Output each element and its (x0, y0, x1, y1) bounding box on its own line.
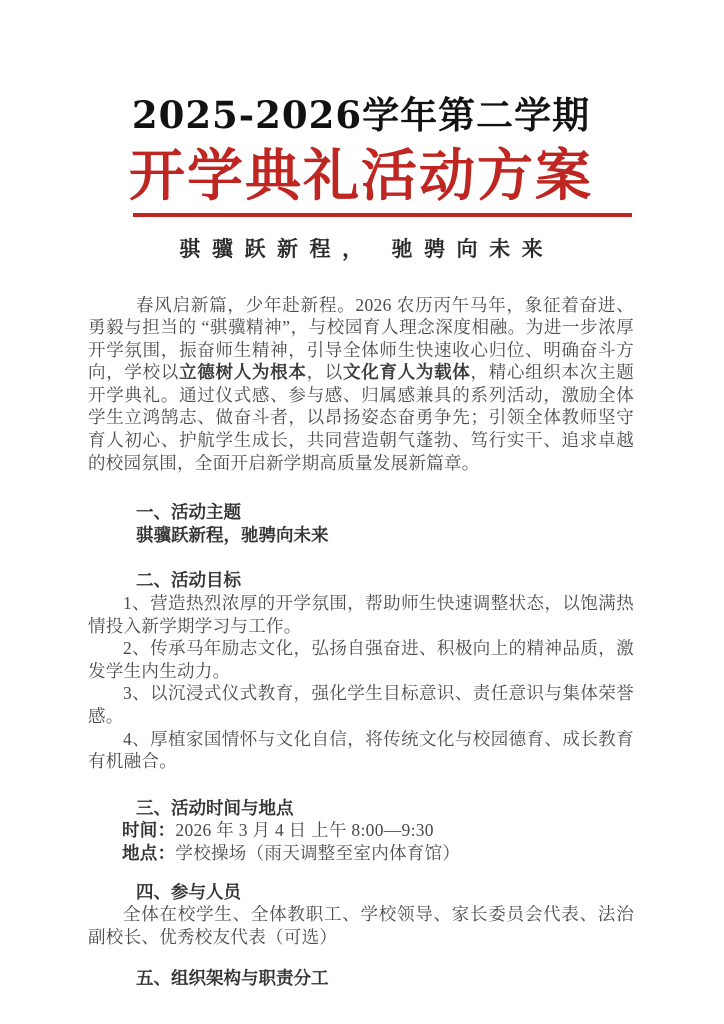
place-label: 地点： (122, 843, 175, 863)
time-label: 时间： (122, 820, 175, 840)
main-title: 开学典礼活动方案 (88, 147, 634, 205)
objective-item: 1、营造热烈浓厚的开学氛围，帮助师生快速调整状态，以饱满热情投入新学期学习与工作… (88, 592, 634, 637)
section-heading-time-place: 三、活动时间与地点 (88, 797, 634, 820)
time-value: 2026 年 3 月 4 日 上午 8:00—9:30 (175, 820, 433, 840)
place-line: 地点：学校操场（雨天调整至室内体育馆） (88, 842, 634, 865)
objective-item: 4、厚植家国情怀与文化自信，将传统文化与校园德育、成长教育有机融合。 (88, 728, 634, 773)
participants-text: 全体在校学生、全体教职工、学校领导、家长委员会代表、法治副校长、优秀校友代表（可… (88, 903, 634, 948)
time-line: 时间：2026 年 3 月 4 日 上午 8:00—9:30 (88, 819, 634, 842)
title-underline-rule (133, 213, 632, 217)
slogan-subtitle: 骐骥跃新程， 驰骋向未来 (88, 236, 634, 262)
section-heading-participants: 四、参与人员 (88, 881, 634, 904)
objective-item: 3、以沉浸式仪式教育，强化学生目标意识、责任意识与集体荣誉感。 (88, 682, 634, 727)
objective-item: 2、传承马年励志文化，弘扬自强奋进、积极向上的精神品质，激发学生内生动力。 (88, 637, 634, 682)
intro-paragraph: 春风启新篇，少年赴新程。2026 农历丙午马年，象征着奋进、勇毅与担当的 “骐骥… (88, 294, 634, 475)
theme-text: 骐骥跃新程，驰骋向未来 (88, 524, 634, 547)
section-heading-objectives: 二、活动目标 (88, 569, 634, 592)
school-year-title: 2025-2026学年第二学期 (88, 93, 634, 137)
section-heading-organization: 五、组织架构与职责分工 (88, 967, 634, 990)
place-value: 学校操场（雨天调整至室内体育馆） (175, 843, 460, 863)
document-page: 2025-2026学年第二学期 开学典礼活动方案 骐骥跃新程， 驰骋向未来 春风… (0, 0, 724, 1024)
section-heading-theme: 一、活动主题 (88, 501, 634, 524)
